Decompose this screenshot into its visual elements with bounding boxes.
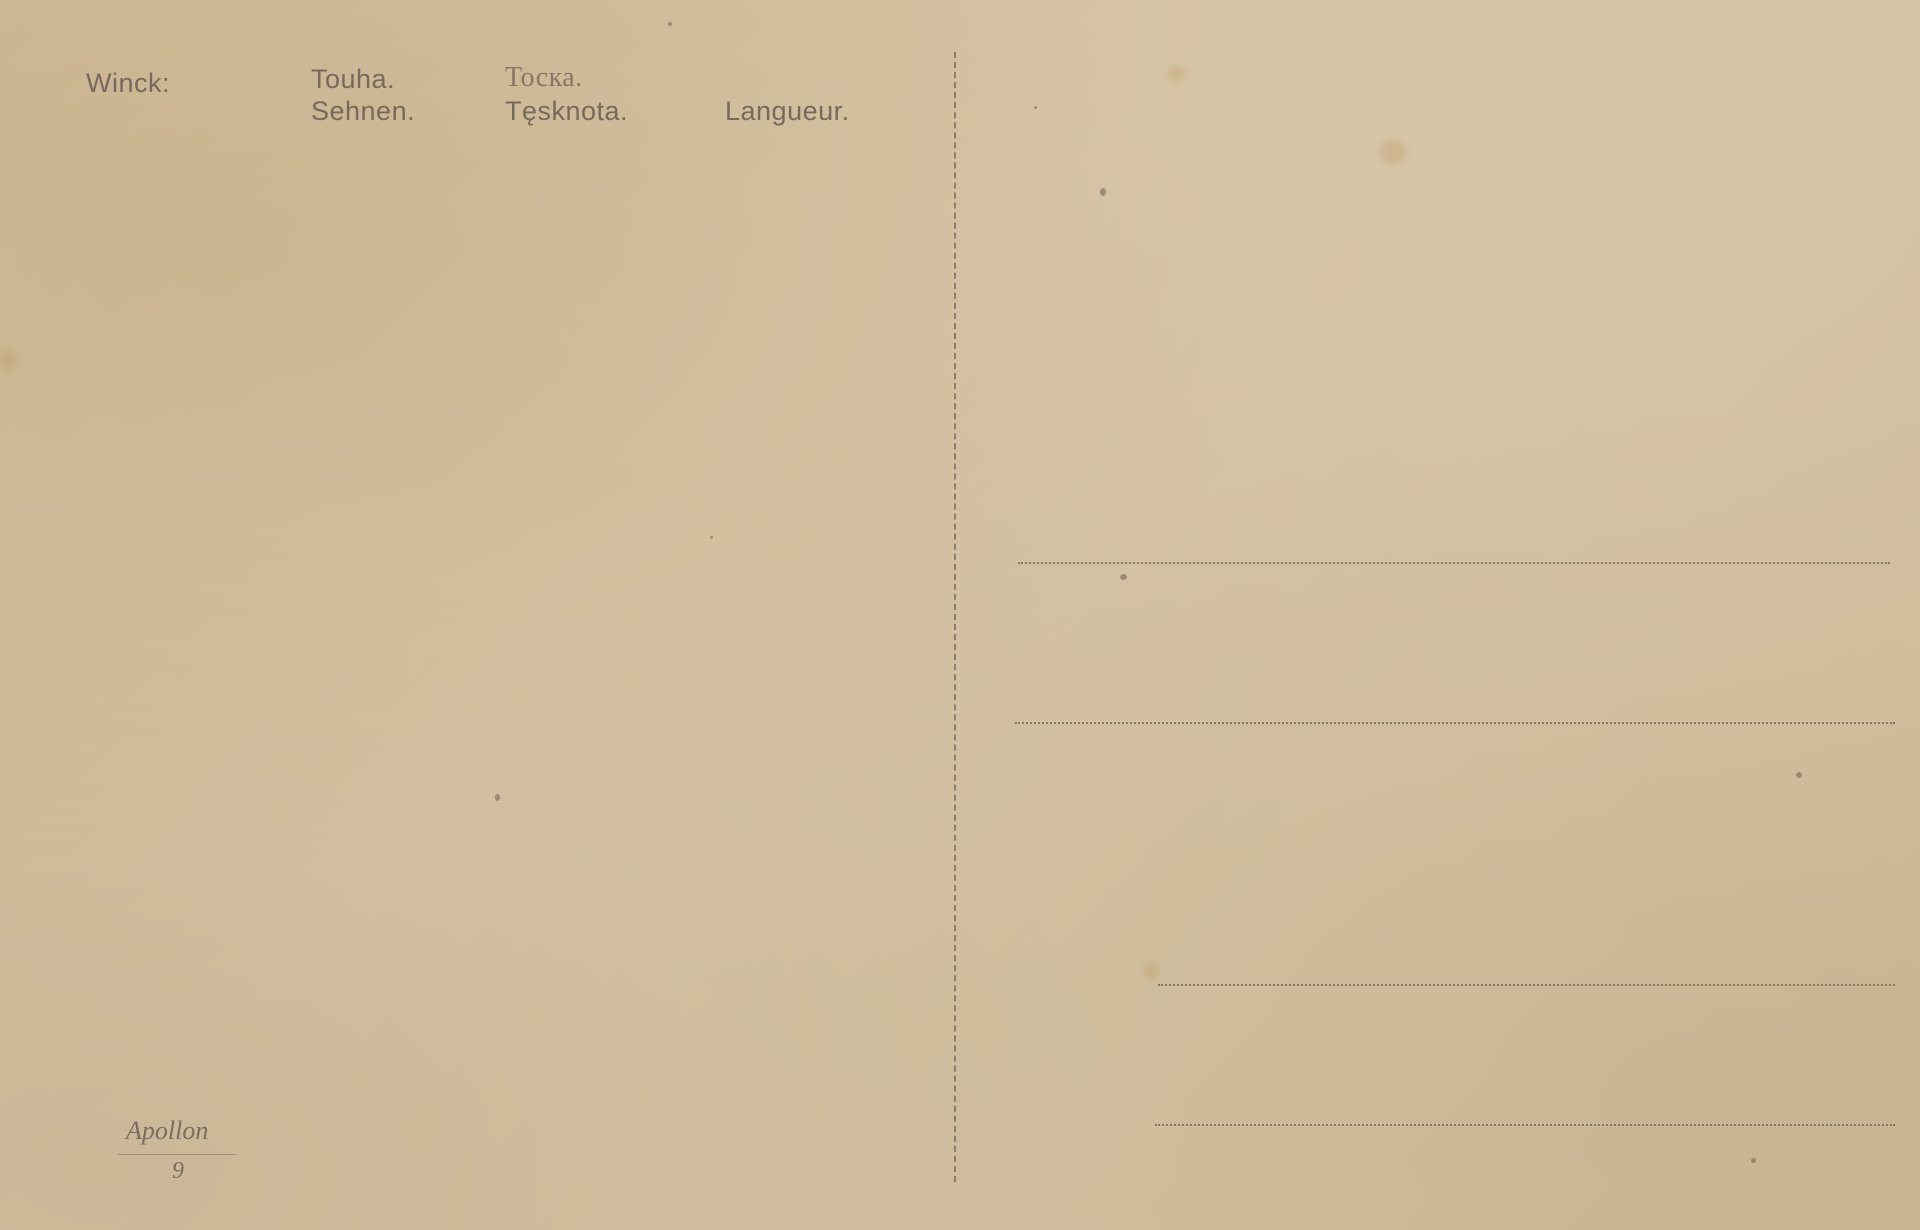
address-line-4 [1155, 1124, 1895, 1126]
paper-speck [495, 794, 500, 801]
paper-stain [0, 350, 16, 370]
title-german: Sehnen. [311, 98, 415, 125]
message-address-divider [954, 52, 956, 1182]
publisher-rule [118, 1154, 236, 1155]
address-line-3 [1158, 984, 1895, 986]
title-french: Langueur. [725, 98, 850, 125]
paper-speck [710, 536, 713, 539]
paper-stain [1380, 140, 1406, 164]
paper-speck [1751, 1158, 1756, 1163]
artist-label: Winck: [86, 70, 170, 97]
paper-speck [1100, 188, 1106, 196]
paper-speck [1796, 772, 1802, 778]
paper-speck [1034, 106, 1037, 109]
publisher-number: 9 [172, 1158, 184, 1185]
paper-stain [1144, 962, 1158, 980]
publisher-name: Apollon [126, 1116, 208, 1146]
title-czech: Touha. [311, 66, 395, 93]
paper-stain [1168, 66, 1186, 82]
title-polish: Tęsknota. [505, 98, 628, 125]
postcard-paper [0, 0, 1920, 1230]
address-line-1 [1018, 562, 1890, 564]
title-russian: Тоска. [505, 64, 583, 92]
paper-speck [1120, 574, 1127, 580]
address-line-2 [1015, 722, 1895, 724]
paper-speck [668, 22, 672, 26]
